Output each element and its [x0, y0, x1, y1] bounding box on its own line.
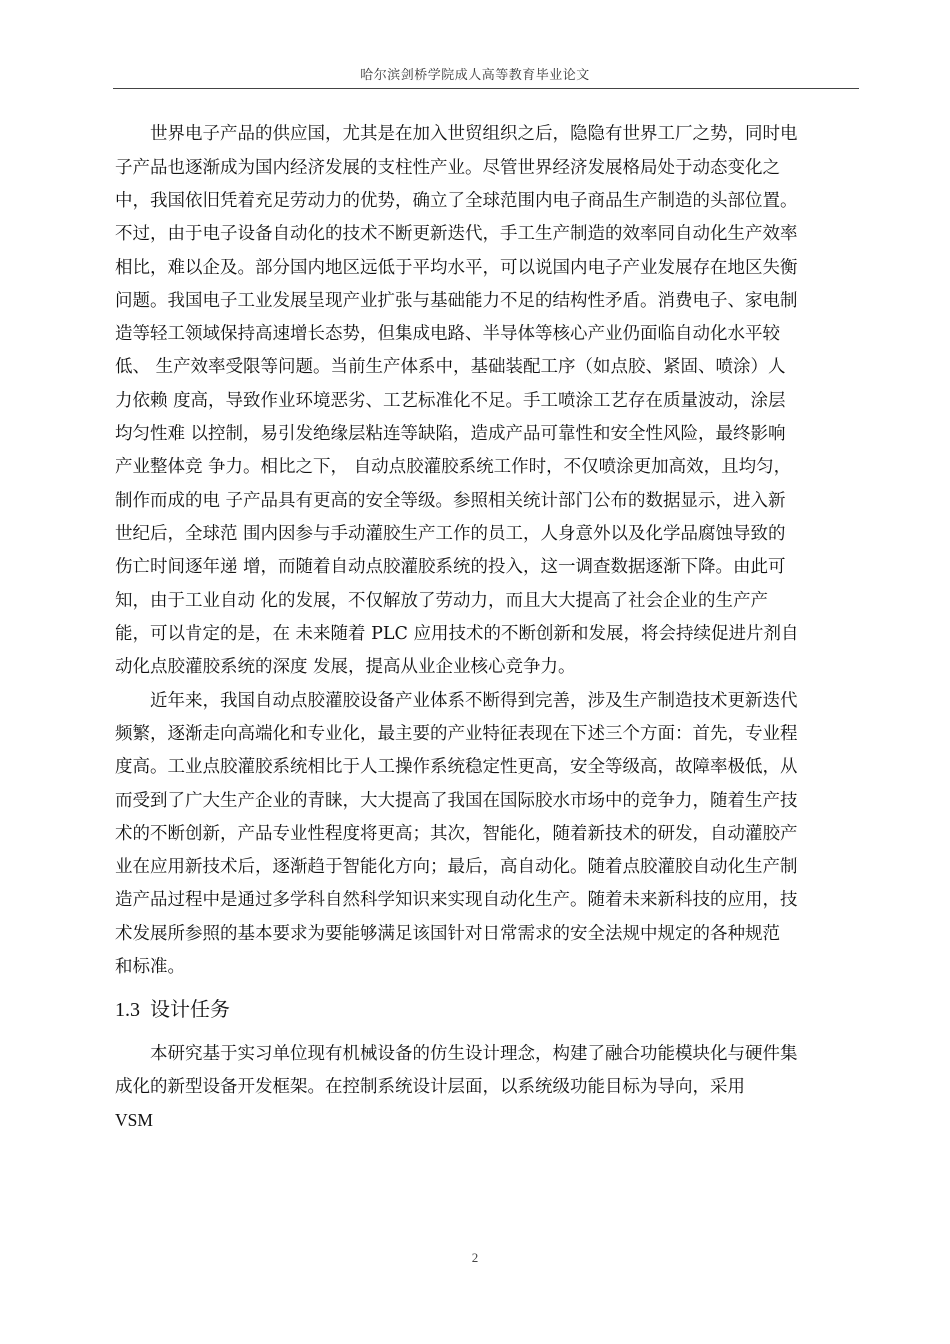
- page-number: 2: [0, 1250, 950, 1266]
- text-line: 中，我国依旧凭着充足劳动力的优势，确立了全球范围内电子商品生产制造的头部位置。: [115, 190, 798, 212]
- section-title: 设计任务: [150, 997, 230, 1021]
- text-line: 术的不断创新，产品专业性程度将更高；其次，智能化，随着新技术的研发，自动灌胶产: [115, 823, 798, 845]
- text-line: 近年来，我国自动点胶灌胶设备产业体系不断得到完善，涉及生产制造技术更新迭代: [150, 690, 798, 712]
- text-line: 度高。工业点胶灌胶系统相比于人工操作系统稳定性更高，安全等级高，故障率极低，从: [115, 756, 798, 778]
- text-line: 世纪后，全球范 围内因参与手动灌胶生产工作的员工，人身意外以及化学品腐蚀导致的: [115, 523, 786, 545]
- text-line: 子产品也逐渐成为国内经济发展的支柱性产业。尽管世界经济发展格局处于动态变化之: [115, 157, 780, 179]
- text-line: 能，可以肯定的是，在 未来随着 PLC 应用技术的不断创新和发展，将会持续促进片…: [115, 623, 798, 645]
- text-line: 世界电子产品的供应国，尤其是在加入世贸组织之后，隐隐有世界工厂之势，同时电: [150, 123, 798, 145]
- text-line: 均匀性难 以控制，易引发绝缘层粘连等缺陷，造成产品可靠性和安全性风险，最终影响: [115, 423, 786, 445]
- section-heading: 1.3设计任务: [115, 996, 230, 1023]
- text-line: VSM: [115, 1109, 153, 1131]
- text-line: 业在应用新技术后，逐渐趋于智能化方向；最后，高自动化。随着点胶灌胶自动化生产制: [115, 856, 798, 878]
- header-divider: [113, 88, 859, 89]
- text-line: 动化点胶灌胶系统的深度 发展，提高从业企业核心竞争力。: [115, 656, 576, 678]
- section-number: 1.3: [115, 999, 140, 1021]
- text-line: 伤亡时间逐年递 增，而随着自动点胶灌胶系统的投入，这一调查数据逐渐下降。由此可: [115, 556, 786, 578]
- text-line: 力依赖 度高，导致作业环境恶劣、工艺标准化不足。手工喷涂工艺存在质量波动，涂层: [115, 390, 786, 412]
- text-line: 和标准。: [115, 956, 185, 978]
- text-line: 成化的新型设备开发框架。在控制系统设计层面，以系统级功能目标为导向，采用: [115, 1076, 745, 1098]
- text-line: 造等轻工领域保持高速增长态势，但集成电路、半导体等核心产业仍面临自动化水平较: [115, 323, 780, 345]
- text-line: 造产品过程中是通过多学科自然科学知识来实现自动化生产。随着未来新科技的应用，技: [115, 889, 798, 911]
- text-line: 术发展所参照的基本要求为要能够满足该国针对日常需求的安全法规中规定的各种规范: [115, 923, 780, 945]
- text-line: 不过，由于电子设备自动化的技术不断更新迭代，手工生产制造的效率同自动化生产效率: [115, 223, 798, 245]
- text-line: 问题。我国电子工业发展呈现产业扩张与基础能力不足的结构性矛盾。消费电子、家电制: [115, 290, 798, 312]
- document-page: 哈尔滨剑桥学院成人高等教育毕业论文 世界电子产品的供应国，尤其是在加入世贸组织之…: [0, 0, 950, 1344]
- text-line: 低、 生产效率受限等问题。当前生产体系中，基础装配工序（如点胶、紧固、喷涂）人: [115, 356, 786, 378]
- text-line: 产业整体竞 争力。相比之下， 自动点胶灌胶系统工作时，不仅喷涂更加高效，且均匀，: [115, 456, 791, 478]
- text-line: 知，由于工业自动 化的发展，不仅解放了劳动力，而且大大提高了社会企业的生产产: [115, 590, 768, 612]
- text-line: 相比，难以企及。部分国内地区远低于平均水平，可以说国内电子产业发展存在地区失衡: [115, 257, 798, 279]
- text-line: 本研究基于实习单位现有机械设备的仿生设计理念，构建了融合功能模块化与硬件集: [150, 1043, 798, 1065]
- text-line: 制作而成的电 子产品具有更高的安全等级。参照相关统计部门公布的数据显示，进入新: [115, 490, 786, 512]
- running-header: 哈尔滨剑桥学院成人高等教育毕业论文: [0, 64, 950, 83]
- text-line: 而受到了广大生产企业的青睐，大大提高了我国在国际胶水市场中的竞争力，随着生产技: [115, 790, 798, 812]
- text-line: 频繁，逐渐走向高端化和专业化，最主要的产业特征表现在下述三个方面：首先，专业程: [115, 723, 798, 745]
